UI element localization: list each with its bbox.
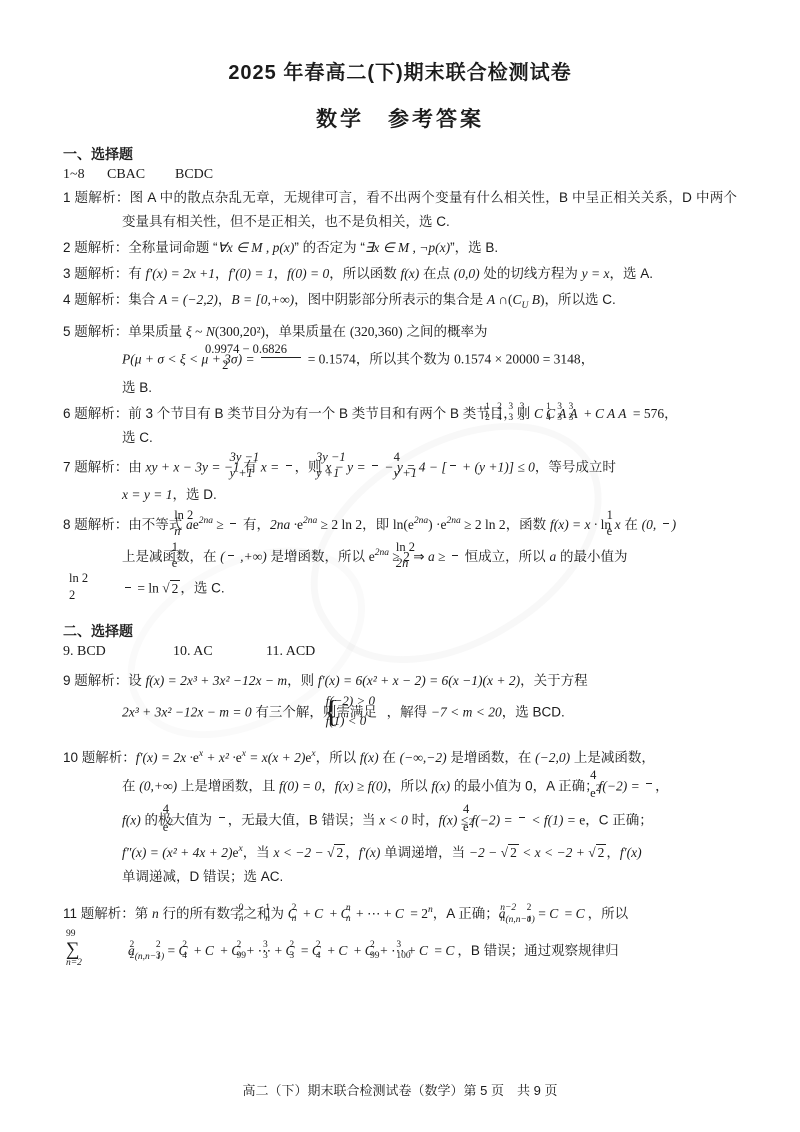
solution-q4: 4 题解析：集合 A = (−2,2)，B = [0,+∞)，图中阴影部分所表示… xyxy=(63,288,737,318)
section-1-heading: 一、选择题 xyxy=(63,144,737,164)
answers-row-9-11: 9. BCD 10. AC 11. ACD xyxy=(63,644,737,660)
solution-q1: 1 题解析：图 A 中的散点杂乱无章，无规律可言，看不出两个变量有什么相关性，B… xyxy=(63,186,737,234)
solution-q5: 5 题解析：单果质量 ξ ~ N(300,20²)，单果质量在 (320,360… xyxy=(63,320,737,400)
solution-q9: 9 题解析：设 f(x) = 2x³ + 3x² −12x − m，则 f′(x… xyxy=(63,669,737,733)
solution-q8: 8 题解析：由不等式 ae2na ≥ ln 2n 有，2na ·e2na ≥ 2… xyxy=(63,509,737,605)
solution-q6: 6 题解析：前 3 个节目有 B 类节目分为有一个 B 类节目和有两个 B 类节… xyxy=(63,402,737,450)
answers-5-8: BCDC xyxy=(175,167,213,183)
page-footer: 高二（下）期末联合检测试卷（数学）第 5 页 共 9 页 xyxy=(0,1080,800,1099)
solution-q2: 2 题解析：全称量词命题 “∀x ∈ M , p(x)” 的否定为 “∃x ∈ … xyxy=(63,236,737,260)
answer-q11: 11. ACD xyxy=(266,644,315,660)
answer-q10: 10. AC xyxy=(173,644,266,660)
answers-1-4: CBAC xyxy=(107,167,175,183)
solution-q10: 10 题解析：f′(x) = 2x ·ex + x² ·ex = x(x + 2… xyxy=(63,742,737,889)
answers-row-1-8: 1~8 CBAC BCDC xyxy=(63,167,737,183)
solution-q11: 11 题解析：第 n 行的所有数字之和为 C0n + C1n + C2n + ⋯… xyxy=(63,898,737,971)
solution-q7: 7 题解析：由 xy + x − 3y = −1 有 x = 3y −1y +1… xyxy=(63,452,737,508)
doc-subtitle: 数学 参考答案 xyxy=(63,103,737,133)
answer-q9: 9. BCD xyxy=(63,644,173,660)
doc-title: 2025 年春高二(下)期末联合检测试卷 xyxy=(63,56,737,85)
solution-q3: 3 题解析：有 f′(x) = 2x +1，f′(0) = 1，f(0) = 0… xyxy=(63,262,737,286)
answer-sheet-page: 2025 年春高二(下)期末联合检测试卷 数学 参考答案 一、选择题 1~8 C… xyxy=(0,56,800,971)
section-2-heading: 二、选择题 xyxy=(63,621,737,641)
answer-range-label: 1~8 xyxy=(63,167,107,183)
